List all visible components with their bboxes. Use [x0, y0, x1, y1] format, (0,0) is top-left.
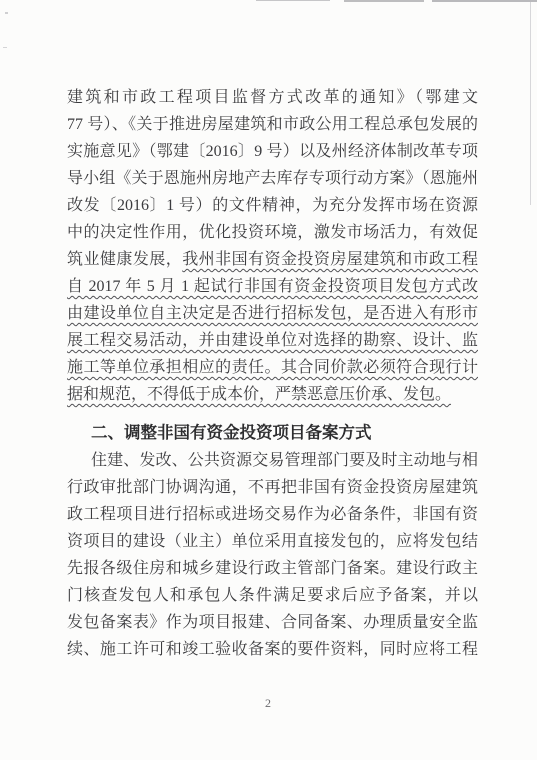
scan-artifact-top-edge [432, 0, 537, 2]
text-segment: 门核查发包人和承包人条件满足要求后应予备案，并以《直接 [67, 587, 478, 609]
text-line: 改发〔2016〕1 号）的文件精神，为充分发挥市场在资源配置 [67, 192, 478, 219]
text-line: 先报各级住房和城乡建设行政主管部门备案。建设行政主管部 [67, 555, 478, 582]
scan-artifact-right-edge [530, 2, 531, 205]
text-line: 行政审批部门协调沟通，不再把非国有资金投资房屋建筑和市 [67, 474, 478, 501]
text-line: 政工程项目进行招标或进场交易作为必备条件，非国有资金投 [67, 501, 478, 528]
text-segment: 资项目的建设（业主）单位采用直接发包的，应将发包结果首 [67, 533, 478, 555]
text-line: 筑业健康发展，我州非国有资金投资房屋建筑和市政工程项目 [67, 246, 478, 273]
text-line: 自 2017 年 5 月 1 起试行非国有资金投资项目发包方式改革。 [67, 273, 478, 300]
text-line: 实施意见》（鄂建〔2016〕9 号）以及州经济体制改革专项领 [67, 138, 478, 165]
text-segment: 续、施工许可和竣工验收备案的要件资料，同时应将工程发包 [67, 641, 478, 663]
section-heading: 二、调整非国有资金投资项目备案方式 [67, 420, 478, 447]
text-segment: 建筑和市政工程项目监督方式改革的通知》（鄂建文〔2016〕 [67, 89, 478, 111]
text-line: 77 号）、《关于推进房屋建筑和市政公用工程总承包发展的 [67, 111, 478, 138]
text-segment: 先报各级住房和城乡建设行政主管部门备案。建设行政主管部 [67, 560, 478, 582]
text-line: 据和规范，不得低于成本价，严禁恶意压价承、发包。 [67, 381, 478, 408]
text-line: 中的决定性作用，优化投资环境，激发市场活力，有效促进建 [67, 219, 478, 246]
wavy-underlined-text: 自 2017 年 5 月 1 起试行非国有资金投资项目发包方式改革。 [67, 278, 478, 300]
text-segment: 实施意见》（鄂建〔2016〕9 号）以及州经济体制改革专项领 [67, 143, 478, 165]
document-text-block: 建筑和市政工程项目监督方式改革的通知》（鄂建文〔2016〕 77 号）、《关于推… [67, 84, 478, 663]
text-line: 展工程交易活动，并由建设单位对选择的勘察、设计、监理、 [67, 327, 478, 354]
page-number: 2 [0, 696, 537, 711]
text-line: 续、施工许可和竣工验收备案的要件资料，同时应将工程发包 [67, 636, 478, 663]
wavy-underlined-text: 展工程交易活动，并由建设单位对选择的勘察、设计、监理、 [67, 332, 478, 354]
text-line: 施工等单位承担相应的责任。其合同价款必须符合现行计价依 [67, 354, 478, 381]
text-segment: 改发〔2016〕1 号）的文件精神，为充分发挥市场在资源配置 [67, 197, 478, 219]
text-segment: 行政审批部门协调沟通，不再把非国有资金投资房屋建筑和市 [67, 479, 478, 501]
scan-artifact-speck [5, 12, 8, 14]
text-line: 门核查发包人和承包人条件满足要求后应予备案，并以《直接 [67, 582, 478, 609]
text-line: 建筑和市政工程项目监督方式改革的通知》（鄂建文〔2016〕 [67, 84, 478, 111]
scan-artifact-top-edge [256, 0, 330, 1]
text-line: 导小组《关于恩施州房地产去库存专项行动方案》（恩施州经 [67, 165, 478, 192]
scan-artifact-speck [3, 47, 7, 48]
text-segment: 筑业健康发展， [67, 251, 182, 268]
text-line: 资项目的建设（业主）单位采用直接发包的，应将发包结果首 [67, 528, 478, 555]
text-segment: 政工程项目进行招标或进场交易作为必备条件，非国有资金投 [67, 506, 478, 528]
text-line: 由建设单位自主决定是否进行招标发包，是否进入有形市场开 [67, 300, 478, 327]
text-segment: 77 号）、《关于推进房屋建筑和市政公用工程总承包发展的 [67, 116, 478, 133]
wavy-underlined-text: 据和规范，不得低于成本价，严禁恶意压价承、发包。 [67, 386, 451, 403]
scanned-document-page: 建筑和市政工程项目监督方式改革的通知》（鄂建文〔2016〕 77 号）、《关于推… [0, 0, 537, 760]
wavy-underlined-text: 由建设单位自主决定是否进行招标发包，是否进入有形市场开 [67, 305, 478, 327]
scan-artifact-top-edge [344, 0, 424, 2]
text-segment: 导小组《关于恩施州房地产去库存专项行动方案》（恩施州经 [67, 170, 478, 192]
text-segment: 中的决定性作用，优化投资环境，激发市场活力，有效促进建 [67, 224, 478, 246]
text-segment: 住建、发改、公共资源交易管理部门要及时主动地与相关 [67, 452, 478, 474]
text-line: 住建、发改、公共资源交易管理部门要及时主动地与相关 [67, 447, 478, 474]
text-segment: 发包备案表》作为项目报建、合同备案、办理质量安全监督手 [67, 614, 478, 636]
text-line: 发包备案表》作为项目报建、合同备案、办理质量安全监督手 [67, 609, 478, 636]
wavy-underlined-text: 施工等单位承担相应的责任。其合同价款必须符合现行计价依 [67, 359, 478, 381]
